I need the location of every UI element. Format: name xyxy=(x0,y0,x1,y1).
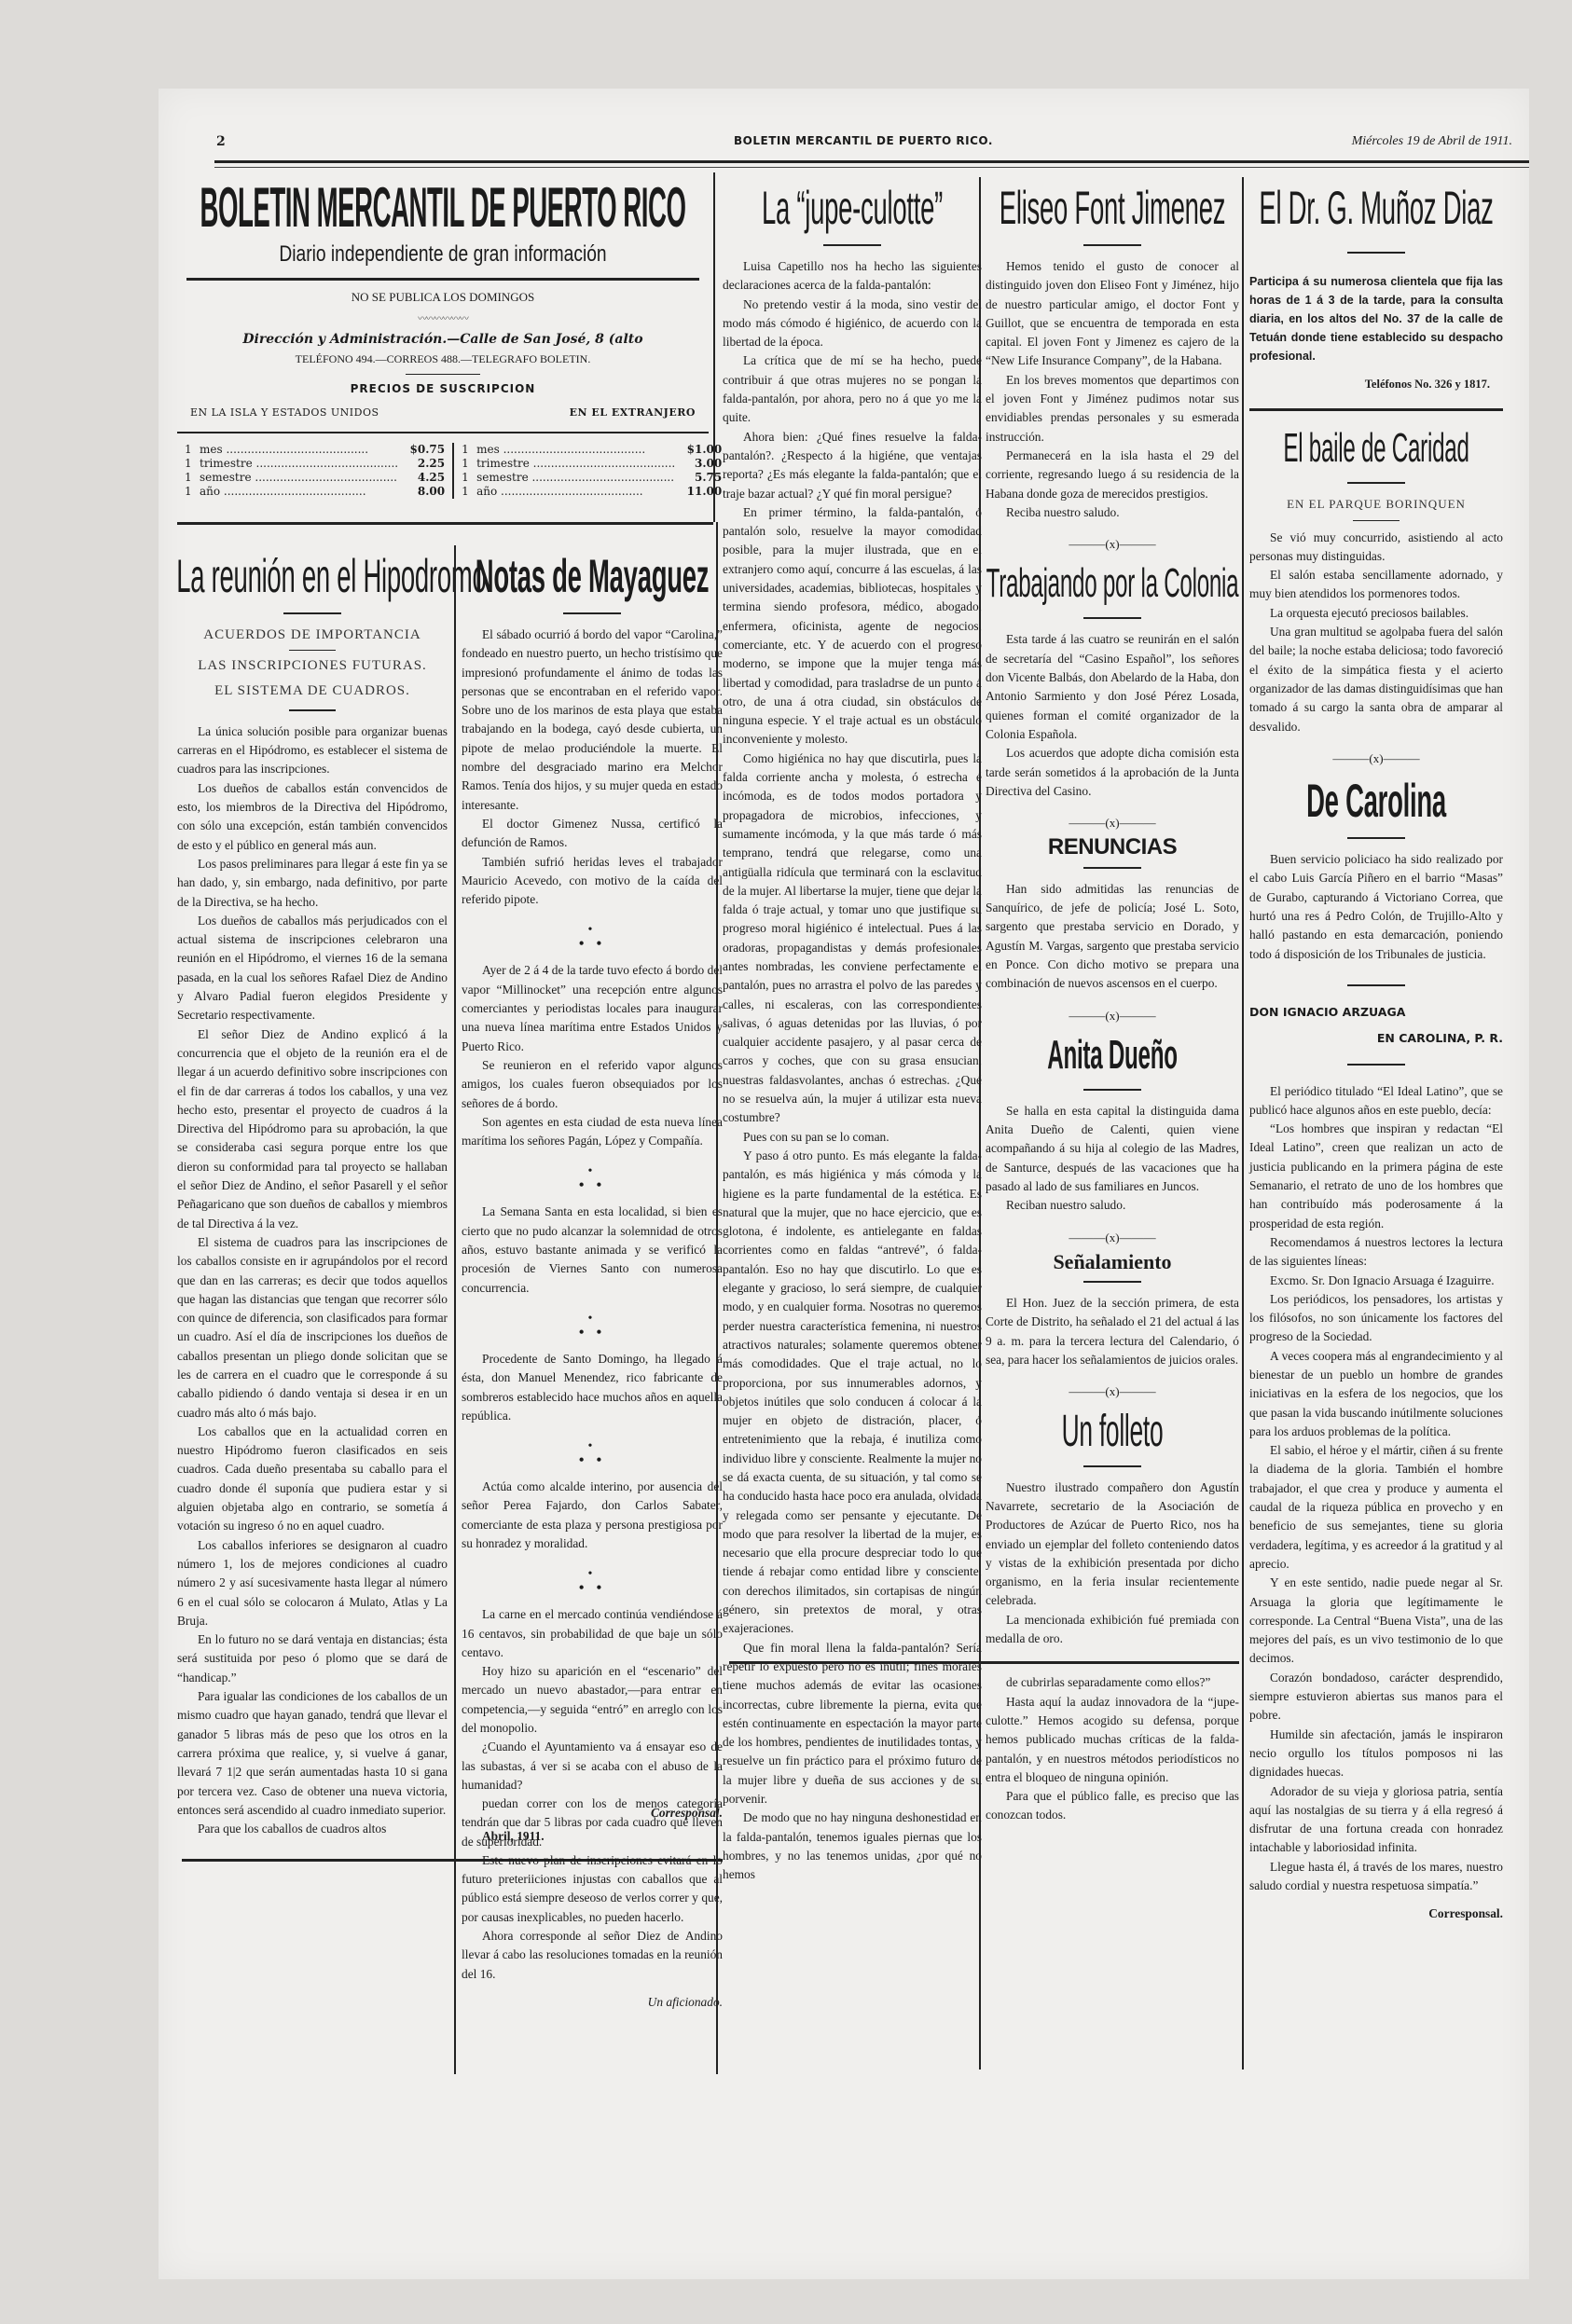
headline: La reunión en el Hipodromo xyxy=(176,549,448,603)
paragraph: Los dueños de caballos están convencidos… xyxy=(177,779,448,855)
article-body: El periódico titulado “El Ideal Latino”,… xyxy=(1249,1082,1503,1896)
paragraph: de cubrirlas separadamente como ellos?” xyxy=(986,1673,1239,1692)
paragraph: La mencionada exhibición fué premiada co… xyxy=(986,1611,1239,1649)
no-sunday-notice: NO SE PUBLICA LOS DOMINGOS xyxy=(177,290,709,305)
paragraph: Se halla en esta capital la distinguida … xyxy=(986,1102,1239,1196)
paragraph: Excmo. Sr. Don Ignacio Arsuaga é Izaguir… xyxy=(1249,1272,1503,1290)
price-row: 1año11.00 xyxy=(462,485,722,499)
contacts-line: TELÉFONO 494.—CORREOS 488.—TELEGRAFO BOL… xyxy=(177,352,709,366)
paragraph: Nuestro ilustrado compañero don Agustín … xyxy=(986,1478,1239,1611)
article-jupe-continued: de cubrirlas separadamente como ellos?”H… xyxy=(986,1673,1239,1824)
paragraph: Los caballos que en la actualidad corren… xyxy=(177,1423,448,1536)
asterism-separator: •• • xyxy=(462,1165,723,1191)
divider xyxy=(1347,482,1405,484)
divider xyxy=(1347,1064,1405,1066)
price-row: 1semestre5.75 xyxy=(462,471,722,485)
subhead: LAS INSCRIPCIONES FUTURAS. xyxy=(177,656,448,675)
paragraph: puedan correr con los de menos categoría… xyxy=(462,1795,723,1851)
period: año xyxy=(200,485,398,499)
period: mes xyxy=(476,443,675,457)
divider xyxy=(1083,617,1141,619)
separator: ———(x)——— xyxy=(986,1007,1239,1025)
column-rule xyxy=(1242,177,1244,2070)
divider xyxy=(1347,837,1405,839)
quantity: 1 xyxy=(185,457,200,471)
paragraph: Hemos tenido el gusto de conocer al dist… xyxy=(986,257,1239,371)
paragraph: En los breves momentos que departimos co… xyxy=(986,371,1239,447)
price-row: 1semestre4.25 xyxy=(185,471,445,485)
divider xyxy=(1347,984,1405,986)
issue-date: Miércoles 19 de Abril de 1911. xyxy=(1352,134,1512,149)
paragraph: Los dueños de caballos más perjudicados … xyxy=(177,912,448,1025)
running-masthead: BOLETIN MERCANTIL DE PUERTO RICO. xyxy=(734,134,993,147)
quantity: 1 xyxy=(185,443,200,457)
asterism-separator: •• • xyxy=(462,1568,723,1594)
price-row: 1mes$1.00 xyxy=(462,443,722,457)
price-row: 1mes$0.75 xyxy=(185,443,445,457)
paragraph: Actúa como alcalde interino, por ausenci… xyxy=(462,1478,723,1553)
quantity: 1 xyxy=(462,443,476,457)
article-body: Hemos tenido el gusto de conocer al dist… xyxy=(986,257,1239,522)
region-domestic: EN LA ISLA Y ESTADOS UNIDOS xyxy=(190,406,379,419)
paragraph: Reciban nuestro saludo. xyxy=(986,1196,1239,1215)
paragraph: La Semana Santa en esta localidad, si bi… xyxy=(462,1203,723,1297)
divider xyxy=(729,1661,1239,1664)
price: 2.25 xyxy=(398,457,445,471)
divider xyxy=(563,612,621,614)
paragraph: Ayer de 2 á 4 de la tarde tuvo efecto á … xyxy=(462,961,723,1055)
article-hipodromo: La reunión en el Hipodromo ACUERDOS DE I… xyxy=(177,545,448,1838)
article-body: puedan correr con los de menos categoría… xyxy=(462,1795,723,1984)
paragraph: “Los hombres que inspiran y redactan “El… xyxy=(1249,1120,1503,1233)
paragraph: El salón estaba sencillamente adornado, … xyxy=(1249,566,1503,604)
prices-foreign: 1mes$1.001trimestre3.001semestre5.751año… xyxy=(452,443,729,499)
page-header: 2 BOLETIN MERCANTIL DE PUERTO RICO. Miér… xyxy=(216,131,1531,157)
prices-title: PRECIOS DE SUSCRIPCION xyxy=(177,382,709,395)
period: semestre xyxy=(476,471,675,485)
subhead: EN EL PARQUE BORINQUEN xyxy=(1249,495,1503,514)
column-rule xyxy=(716,522,718,2074)
headline: DON IGNACIO ARZUAGA xyxy=(1249,1003,1503,1022)
price: $0.75 xyxy=(398,443,445,457)
separator: ———(x)——— xyxy=(986,1382,1239,1401)
paragraph: El sistema de cuadros para las inscripci… xyxy=(177,1233,448,1423)
paragraph: Luisa Capetillo nos ha hecho las siguien… xyxy=(723,257,982,296)
paragraph: Buen servicio policiaco ha sido realizad… xyxy=(1249,850,1503,964)
quantity: 1 xyxy=(462,485,476,499)
divider xyxy=(186,278,699,281)
headline: El baile de Caridad xyxy=(1265,424,1487,473)
paragraph: Una gran multitud se agolpaba fuera del … xyxy=(1249,623,1503,736)
paragraph: Ahora bien: ¿Qué fines resuelve la falda… xyxy=(723,428,982,503)
article-body: El Hon. Juez de la sección primera, de e… xyxy=(986,1294,1239,1369)
paragraph: Los periódicos, los pensadores, los arti… xyxy=(1249,1290,1503,1347)
divider xyxy=(1353,520,1400,521)
article-body: Buen servicio policiaco ha sido realizad… xyxy=(1249,850,1503,964)
paragraph: Se reunieron en el referido vapor alguno… xyxy=(462,1056,723,1113)
subhead: EN CAROLINA, P. R. xyxy=(1249,1029,1503,1048)
paragraph: El sábado ocurrió á bordo del vapor “Car… xyxy=(462,626,723,815)
subhead: ACUERDOS DE IMPORTANCIA xyxy=(177,626,448,644)
price-row: 1trimestre3.00 xyxy=(462,457,722,471)
article-body: La única solución posible para organizar… xyxy=(177,722,448,1839)
paragraph: De modo que no hay ninguna deshonestidad… xyxy=(723,1808,982,1884)
headline: De Carolina xyxy=(1265,774,1487,828)
divider xyxy=(289,709,336,711)
separator: ———(x)——— xyxy=(986,535,1239,554)
region-foreign: EN EL EXTRANJERO xyxy=(570,406,696,419)
price-table: 1mes$0.751trimestre2.251semestre4.251año… xyxy=(177,443,709,499)
quantity: 1 xyxy=(185,471,200,485)
paragraph: Los pasos preliminares para llegar á est… xyxy=(177,855,448,912)
divider xyxy=(823,244,881,246)
paragraph: Adorador de su vieja y gloriosa patria, … xyxy=(1249,1782,1503,1858)
price-row: 1trimestre2.25 xyxy=(185,457,445,471)
headline: Anita Dueño xyxy=(1001,1031,1223,1079)
article-body: Esta tarde á las cuatro se reunirán en e… xyxy=(986,630,1239,801)
paragraph: ¿Cuando el Ayuntamiento va á ensayar eso… xyxy=(462,1738,723,1795)
article-jupe-culotte: La “jupe-culotte” Luisa Capetillo nos ha… xyxy=(723,177,982,1885)
paragraph: Procedente de Santo Domingo, ha llegado … xyxy=(462,1350,723,1425)
article-hipodromo-continued: puedan correr con los de menos categoría… xyxy=(462,1795,723,2012)
column-rule xyxy=(979,177,981,2070)
article-mayaguez: Notas de Mayaguez El sábado ocurrió á bo… xyxy=(462,545,723,1871)
paragraph: Pues con su pan se lo coman. xyxy=(723,1128,982,1147)
paragraph: Corazón bondadoso, carácter desprendido,… xyxy=(1249,1669,1503,1726)
prices-domestic: 1mes$0.751trimestre2.251semestre4.251año… xyxy=(177,443,452,499)
column-5: El Dr. G. Muñoz Diaz Participa á su nume… xyxy=(1249,177,1503,1924)
paragraph: Los caballos inferiores se designaron al… xyxy=(177,1536,448,1630)
divider xyxy=(1347,252,1405,254)
separator: ———(x)——— xyxy=(986,814,1239,832)
paragraph: Humilde sin afectación, jamás le inspira… xyxy=(1249,1726,1503,1782)
paragraph: Para que el público falle, es preciso qu… xyxy=(986,1787,1239,1825)
divider xyxy=(283,612,341,614)
period: trimestre xyxy=(200,457,398,471)
paragraph: Hasta aquí la audaz innovadora de la “ju… xyxy=(986,1693,1239,1787)
signature: Corresponsal. xyxy=(1249,1905,1503,1923)
paragraph: El periódico titulado “El Ideal Latino”,… xyxy=(1249,1082,1503,1121)
divider xyxy=(1083,244,1141,246)
article-body: Luisa Capetillo nos ha hecho las siguien… xyxy=(723,257,982,1885)
article-body: Se halla en esta capital la distinguida … xyxy=(986,1102,1239,1216)
period: año xyxy=(476,485,675,499)
paragraph: Ahora corresponde al señor Diez de Andin… xyxy=(462,1927,723,1984)
divider xyxy=(1083,1281,1141,1283)
subhead: EL SISTEMA DE CUADROS. xyxy=(177,681,448,700)
article-body: Se vió muy concurrido, asistiendo al act… xyxy=(1249,529,1503,736)
divider xyxy=(177,432,709,433)
headline: Un folleto xyxy=(1001,1408,1223,1456)
masthead-bottom-rule xyxy=(177,522,713,525)
paragraph: El sabio, el héroe y el mártir, ciñen á … xyxy=(1249,1441,1503,1574)
paragraph: Y en este sentido, nadie puede negar al … xyxy=(1249,1574,1503,1668)
page-number: 2 xyxy=(216,134,226,149)
ornament: 〰〰〰〰〰〰 xyxy=(177,310,709,324)
divider xyxy=(406,374,480,375)
paragraph: Reciba nuestro saludo. xyxy=(986,503,1239,522)
headline: Notas de Mayaguez xyxy=(469,549,715,603)
divider xyxy=(1083,1465,1141,1467)
divider xyxy=(1083,867,1141,869)
headline: Trabajando por la Colonia xyxy=(981,559,1244,608)
paragraph: La carne en el mercado continúa vendiénd… xyxy=(462,1605,723,1662)
asterism-separator: •• • xyxy=(462,924,723,950)
paragraph: También sufrió heridas leves el trabajad… xyxy=(462,853,723,910)
masthead-tagline: Diario independiente de gran información xyxy=(186,241,700,268)
headline: Eliseo Font Jimenez xyxy=(991,181,1234,235)
paragraph: Se vió muy concurrido, asistiendo al act… xyxy=(1249,529,1503,567)
period: semestre xyxy=(200,471,398,485)
paragraph: El doctor Gimenez Nussa, certificó la de… xyxy=(462,815,723,853)
paragraph: Esta tarde á las cuatro se reunirán en e… xyxy=(986,630,1239,744)
price: 8.00 xyxy=(398,485,445,499)
divider xyxy=(1249,408,1503,411)
paragraph: Como higiénica no hay que discutirla, pu… xyxy=(723,749,982,1128)
price-row: 1año8.00 xyxy=(185,485,445,499)
quantity: 1 xyxy=(462,457,476,471)
headline: Señalamiento xyxy=(986,1253,1239,1272)
paragraph: Permanecerá en la isla hasta el 29 del c… xyxy=(986,447,1239,503)
article-body: El sábado ocurrió á bordo del vapor “Car… xyxy=(462,626,723,1795)
article-body: Han sido admitidas las renuncias de Sanq… xyxy=(986,880,1239,994)
article-body: Nuestro ilustrado compañero don Agustín … xyxy=(986,1478,1239,1649)
address-line: Dirección y Administración.—Calle de San… xyxy=(177,332,709,347)
separator: ———(x)——— xyxy=(1249,749,1503,768)
masthead-block: BOLETIN MERCANTIL DE PUERTO RICO Diario … xyxy=(177,175,709,499)
paragraph: Para igualar las condiciones de los caba… xyxy=(177,1687,448,1820)
quantity: 1 xyxy=(462,471,476,485)
asterism-separator: •• • xyxy=(462,1313,723,1339)
paragraph: La única solución posible para organizar… xyxy=(177,722,448,779)
paragraph: Este nuevo plan de inscripciones evitará… xyxy=(462,1851,723,1927)
period: trimestre xyxy=(476,457,675,471)
paragraph: La orquesta ejecutó preciosos bailables. xyxy=(1249,604,1503,623)
paragraph: Han sido admitidas las renuncias de Sanq… xyxy=(986,880,1239,994)
paragraph: El señor Diez de Andino explicó á la con… xyxy=(177,1025,448,1233)
column-rule xyxy=(454,545,456,2074)
headline: El Dr. G. Muñoz Diaz xyxy=(1255,181,1497,235)
paragraph: Son agentes en esta ciudad de esta nueva… xyxy=(462,1113,723,1151)
paragraph: En primer término, la falda-pantalón, ó … xyxy=(723,503,982,749)
paragraph: Los acuerdos que adopte dicha comisión e… xyxy=(986,744,1239,801)
column-rule xyxy=(713,172,715,522)
asterism-separator: •• • xyxy=(462,1440,723,1466)
paragraph: Para que los caballos de cuadros altos xyxy=(177,1820,448,1838)
paragraph: La crítica que de mí se ha hecho, puede … xyxy=(723,351,982,427)
masthead-title: BOLETIN MERCANTIL DE PUERTO RICO xyxy=(192,175,694,241)
paragraph: Recomendamos á nuestros lectores la lect… xyxy=(1249,1233,1503,1272)
price: 4.25 xyxy=(398,471,445,485)
divider xyxy=(1083,1089,1141,1091)
separator: ———(x)——— xyxy=(986,1229,1239,1247)
headline: RENUNCIAS xyxy=(986,838,1239,857)
headline: La “jupe-culotte” xyxy=(730,181,975,235)
quantity: 1 xyxy=(185,485,200,499)
paragraph: Hoy hizo su aparición en el “escenario” … xyxy=(462,1662,723,1738)
paragraph: Y paso á otro punto. Es más elegante la … xyxy=(723,1147,982,1639)
paragraph: A veces coopera más al engrandecimiento … xyxy=(1249,1347,1503,1441)
header-rule xyxy=(214,160,1529,168)
column-4: Eliseo Font Jimenez Hemos tenido el gust… xyxy=(986,177,1239,1825)
signature: Un aficionado. xyxy=(462,1993,723,2012)
paragraph: En lo futuro no se dará ventaja en dista… xyxy=(177,1630,448,1687)
paragraph: Llegue hasta él, á través de los mares, … xyxy=(1249,1858,1503,1896)
paragraph: No pretendo vestir á la moda, sino vesti… xyxy=(723,296,982,352)
price-regions: EN LA ISLA Y ESTADOS UNIDOS EN EL EXTRAN… xyxy=(190,406,696,419)
advertisement-phones: Teléfonos No. 326 y 1817. xyxy=(1249,375,1490,393)
divider xyxy=(289,650,336,651)
advertisement-text: Participa á su numerosa clientela que fi… xyxy=(1249,272,1503,365)
paragraph: El Hon. Juez de la sección primera, de e… xyxy=(986,1294,1239,1369)
period: mes xyxy=(200,443,398,457)
